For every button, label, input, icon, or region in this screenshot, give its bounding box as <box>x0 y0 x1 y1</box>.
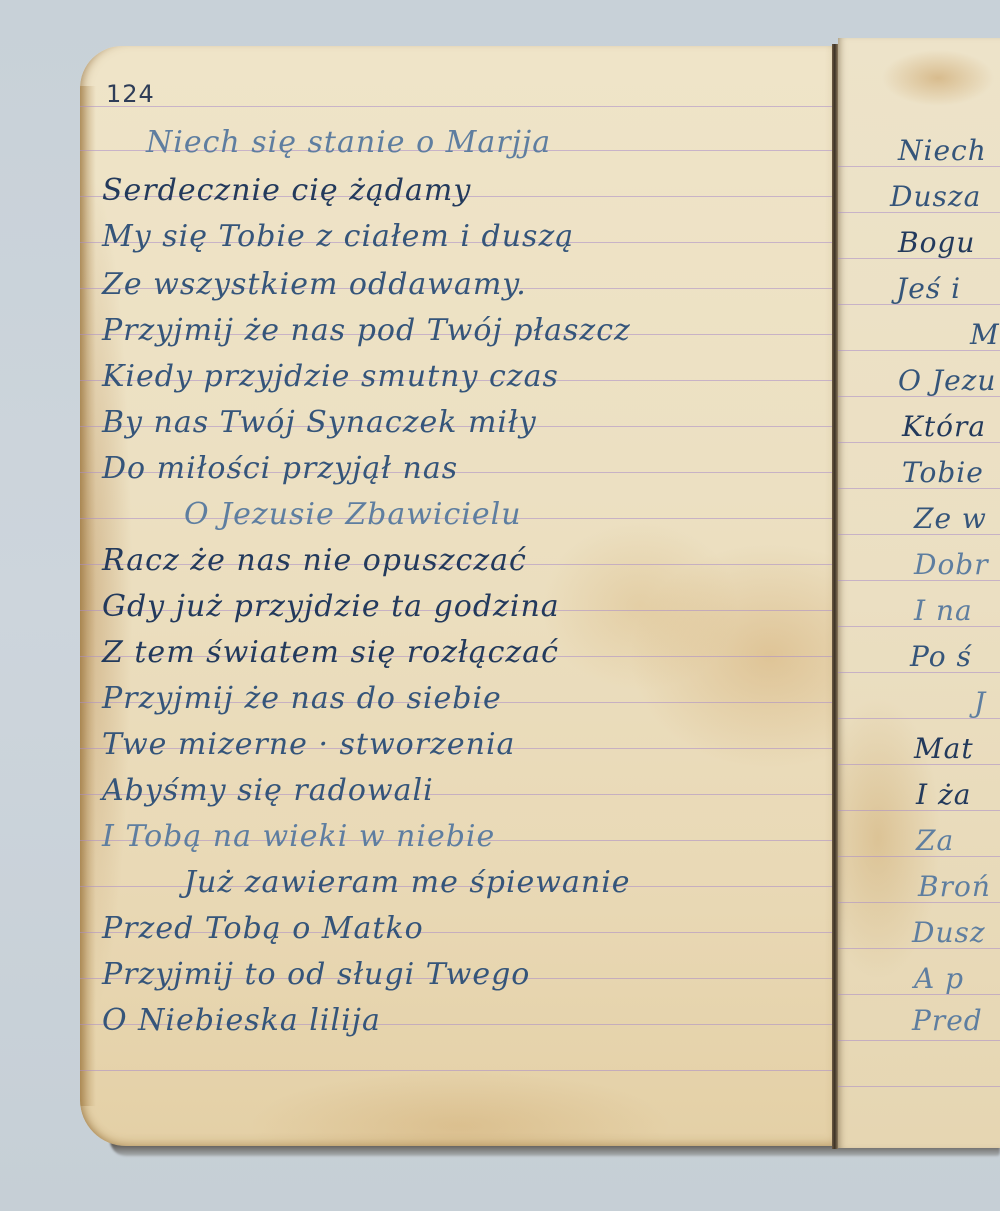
verse-fragment: Dusza <box>890 180 981 214</box>
verse-line: O Jezusie Zbawicielu <box>184 498 522 532</box>
verse-line: O Niebieska lilija <box>102 1004 381 1038</box>
ruled-line <box>838 1040 1000 1041</box>
verse-line: Abyśmy się radowali <box>102 774 434 808</box>
verse-fragment: A p <box>914 962 964 996</box>
verse-fragment: Dusz <box>912 916 986 950</box>
verse-fragment: Tobie <box>902 456 984 490</box>
page-number: 124 <box>106 80 155 108</box>
verse-line: Racz że nas nie opuszczać <box>102 544 527 578</box>
verse-line: Gdy już przyjdzie ta godzina <box>102 590 560 624</box>
verse-line: Przyjmij że nas do siebie <box>102 682 502 716</box>
verse-fragment: Mat <box>914 732 974 766</box>
verse-line: Kiedy przyjdzie smutny czas <box>102 360 559 394</box>
ruled-line <box>838 1086 1000 1087</box>
verse-fragment: Po ś <box>910 640 972 674</box>
right-page: Niech Dusza Bogu Jeś i M O Jezu Która To… <box>838 38 1000 1148</box>
verse-fragment: I na <box>914 594 973 628</box>
verse-fragment: Która <box>902 410 986 444</box>
verse-fragment: Ze w <box>914 502 987 536</box>
verse-line: I Tobą na wieki w niebie <box>102 820 495 854</box>
verse-line: Ze wszystkiem oddawamy. <box>102 268 527 302</box>
verse-fragment: M <box>970 318 1000 352</box>
verse-line: Przyjmij że nas pod Twój płaszcz <box>102 314 631 348</box>
verse-fragment: Bogu <box>898 226 975 260</box>
verse-fragment: Broń <box>918 870 991 904</box>
left-page: 124 Niech się stanie o Marjja Serdecznie… <box>80 46 832 1146</box>
verse-line: Twe mizerne · stworzenia <box>102 728 515 762</box>
verse-fragment: Za <box>916 824 954 858</box>
verse-line: Już zawieram me śpiewanie <box>184 866 631 900</box>
verse-fragment: Pred <box>912 1004 983 1038</box>
verse-fragment: I ża <box>916 778 971 812</box>
verse-fragment: O Jezu <box>898 364 996 398</box>
notebook-spread: 124 Niech się stanie o Marjja Serdecznie… <box>80 44 1000 1149</box>
ruled-line <box>80 106 832 107</box>
verse-line: Przyjmij to od sługi Twego <box>102 958 530 992</box>
verse-fragment: Dobr <box>914 548 989 582</box>
verse-line: Niech się stanie o Marjja <box>146 126 551 160</box>
verse-line: Z tem światem się rozłączać <box>102 636 559 670</box>
verse-fragment: Jeś i <box>896 272 961 306</box>
verse-line: Serdecznie cię żądamy <box>102 174 471 208</box>
verse-fragment: J <box>974 686 986 720</box>
verse-line: Do miłości przyjął nas <box>102 452 458 486</box>
page-edge-stain <box>80 86 96 1106</box>
ruled-line <box>80 1070 832 1071</box>
verse-line: Przed Tobą o Matko <box>102 912 424 946</box>
verse-fragment: Niech <box>898 134 987 168</box>
verse-line: My się Tobie z ciałem i duszą <box>102 220 574 254</box>
verse-line: By nas Twój Synaczek miły <box>102 406 537 440</box>
